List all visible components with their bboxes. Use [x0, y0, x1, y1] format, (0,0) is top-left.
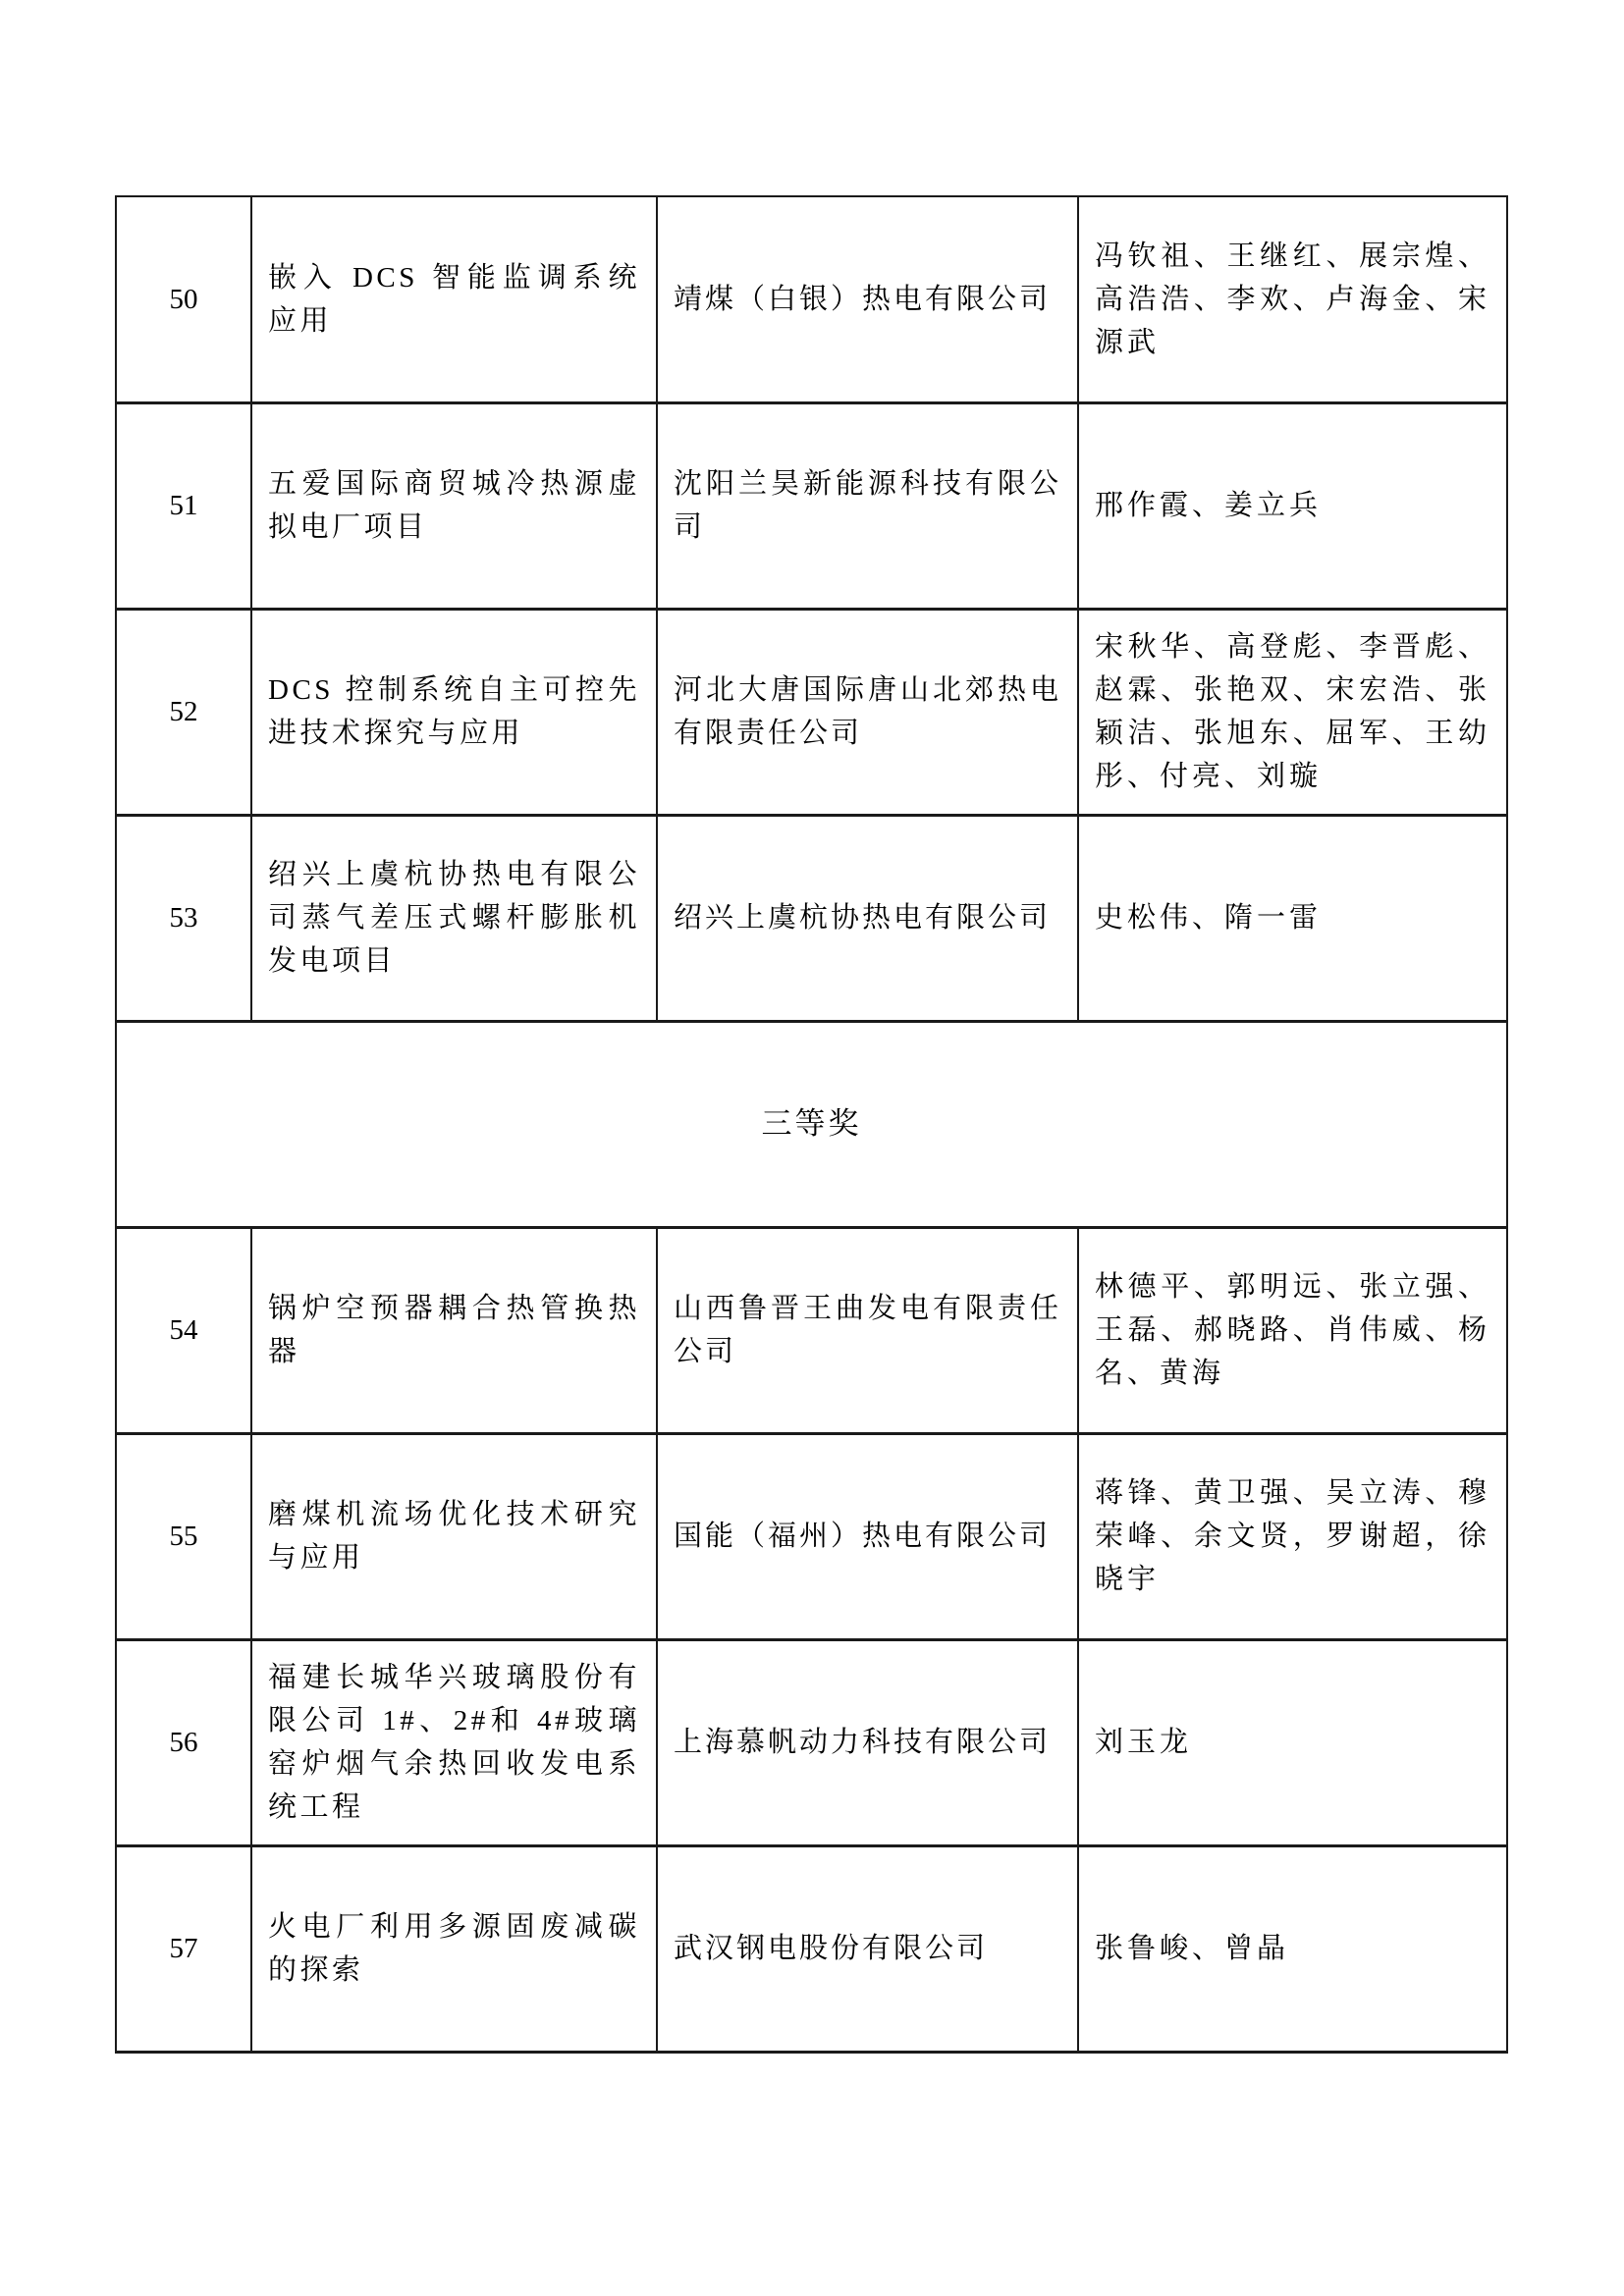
project-title-cell: 火电厂利用多源固废减碳的探索 — [251, 1845, 657, 2052]
project-title-cell: 嵌入 DCS 智能监调系统应用 — [251, 196, 657, 402]
third-prize-rows: 54 锅炉空预器耦合热管换热器 山西鲁晋王曲发电有限责任公司 林德平、郭明远、张… — [116, 1227, 1507, 2052]
awardees-cell: 邢作霞、姜立兵 — [1078, 402, 1507, 609]
row-number-cell: 54 — [116, 1227, 251, 1433]
company-cell: 山西鲁晋王曲发电有限责任公司 — [657, 1227, 1078, 1433]
table-row: 54 锅炉空预器耦合热管换热器 山西鲁晋王曲发电有限责任公司 林德平、郭明远、张… — [116, 1227, 1507, 1433]
project-title-cell: 绍兴上虞杭协热电有限公司蒸气差压式螺杆膨胀机发电项目 — [251, 815, 657, 1021]
company-cell: 武汉钢电股份有限公司 — [657, 1845, 1078, 2052]
section-header-row: 三等奖 — [116, 1021, 1507, 1227]
table-row: 55 磨煤机流场优化技术研究与应用 国能（福州）热电有限公司 蒋锋、黄卫强、吴立… — [116, 1433, 1507, 1639]
company-cell: 上海慕帆动力科技有限公司 — [657, 1639, 1078, 1845]
awardees-cell: 张鲁峻、曾晶 — [1078, 1845, 1507, 2052]
table-row: 53 绍兴上虞杭协热电有限公司蒸气差压式螺杆膨胀机发电项目 绍兴上虞杭协热电有限… — [116, 815, 1507, 1021]
awardees-cell: 宋秋华、高登彪、李晋彪、赵霖、张艳双、宋宏浩、张颖洁、张旭东、屈军、王幼彤、付亮… — [1078, 609, 1507, 815]
awardees-cell: 刘玉龙 — [1078, 1639, 1507, 1845]
project-title-cell: 磨煤机流场优化技术研究与应用 — [251, 1433, 657, 1639]
company-cell: 河北大唐国际唐山北郊热电有限责任公司 — [657, 609, 1078, 815]
table-row: 51 五爱国际商贸城冷热源虚拟电厂项目 沈阳兰昊新能源科技有限公司 邢作霞、姜立… — [116, 402, 1507, 609]
table-row: 52 DCS 控制系统自主可控先进技术探究与应用 河北大唐国际唐山北郊热电有限责… — [116, 609, 1507, 815]
awardees-cell: 蒋锋、黄卫强、吴立涛、穆荣峰、余文贤，罗谢超，徐晓宇 — [1078, 1433, 1507, 1639]
second-prize-rows: 50 嵌入 DCS 智能监调系统应用 靖煤（白银）热电有限公司 冯钦祖、王继红、… — [116, 196, 1507, 1021]
company-cell: 靖煤（白银）热电有限公司 — [657, 196, 1078, 402]
project-title-cell: DCS 控制系统自主可控先进技术探究与应用 — [251, 609, 657, 815]
project-title-cell: 五爱国际商贸城冷热源虚拟电厂项目 — [251, 402, 657, 609]
section-header-group: 三等奖 — [116, 1021, 1507, 1227]
row-number-cell: 53 — [116, 815, 251, 1021]
table-row: 56 福建长城华兴玻璃股份有限公司 1#、2#和 4#玻璃窑炉烟气余热回收发电系… — [116, 1639, 1507, 1845]
row-number-cell: 51 — [116, 402, 251, 609]
awards-table: 50 嵌入 DCS 智能监调系统应用 靖煤（白银）热电有限公司 冯钦祖、王继红、… — [115, 195, 1508, 2054]
awardees-cell: 史松伟、隋一雷 — [1078, 815, 1507, 1021]
awardees-cell: 林德平、郭明远、张立强、王磊、郝晓路、肖伟威、杨名、黄海 — [1078, 1227, 1507, 1433]
row-number-cell: 56 — [116, 1639, 251, 1845]
table-row: 50 嵌入 DCS 智能监调系统应用 靖煤（白银）热电有限公司 冯钦祖、王继红、… — [116, 196, 1507, 402]
table-row: 57 火电厂利用多源固废减碳的探索 武汉钢电股份有限公司 张鲁峻、曾晶 — [116, 1845, 1507, 2052]
document-page: 50 嵌入 DCS 智能监调系统应用 靖煤（白银）热电有限公司 冯钦祖、王继红、… — [0, 0, 1624, 2296]
company-cell: 绍兴上虞杭协热电有限公司 — [657, 815, 1078, 1021]
project-title-cell: 福建长城华兴玻璃股份有限公司 1#、2#和 4#玻璃窑炉烟气余热回收发电系统工程 — [251, 1639, 657, 1845]
row-number-cell: 52 — [116, 609, 251, 815]
row-number-cell: 50 — [116, 196, 251, 402]
company-cell: 沈阳兰昊新能源科技有限公司 — [657, 402, 1078, 609]
awardees-cell: 冯钦祖、王继红、展宗煌、高浩浩、李欢、卢海金、宋源武 — [1078, 196, 1507, 402]
section-header-label: 三等奖 — [116, 1021, 1507, 1227]
project-title-cell: 锅炉空预器耦合热管换热器 — [251, 1227, 657, 1433]
company-cell: 国能（福州）热电有限公司 — [657, 1433, 1078, 1639]
row-number-cell: 55 — [116, 1433, 251, 1639]
row-number-cell: 57 — [116, 1845, 251, 2052]
